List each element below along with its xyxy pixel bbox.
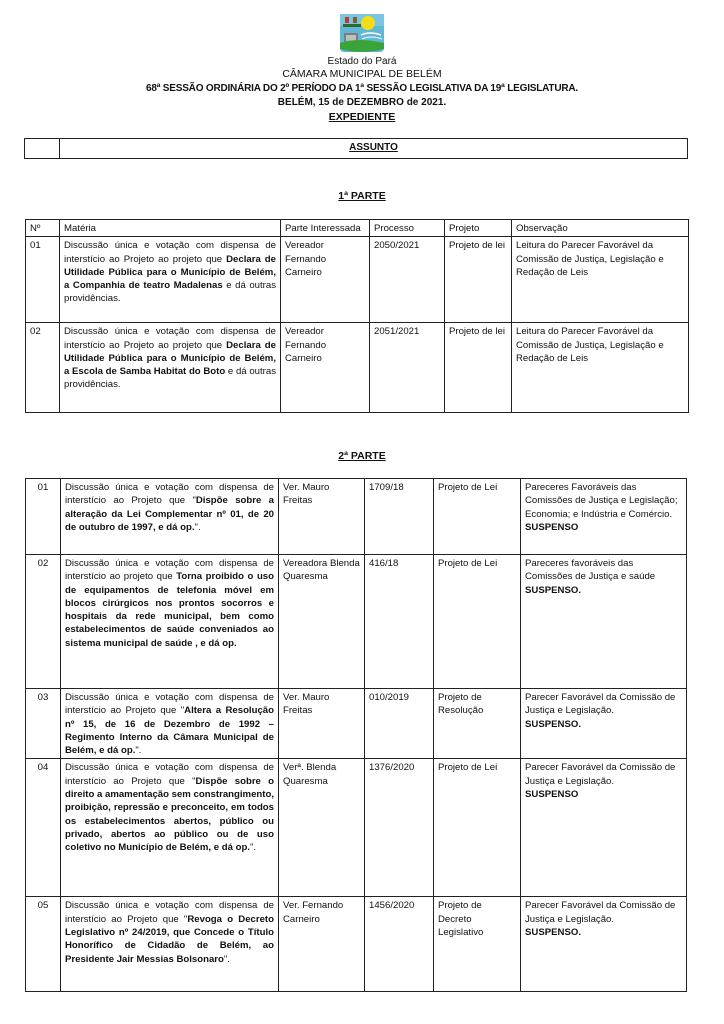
materia-cell: Discussão única e votação com dispensa d… [61, 555, 279, 689]
observacao-cell: Parecer Favorável da Comissão de Justiça… [521, 759, 687, 897]
parte-interessada-cell: Vereadora Blenda Quaresma [279, 555, 365, 689]
materia-cell: Discussão única e votação com dispensa d… [60, 237, 281, 323]
materia-tail: ". [195, 522, 201, 533]
observacao-text: Parecer Favorável da Comissão de Justiça… [525, 692, 675, 716]
materia-subject: Dispõe sobre o direito a amamentação sem… [65, 776, 274, 853]
materia-tail: ". [250, 842, 256, 853]
table-row: 01Discussão única e votação com dispensa… [26, 237, 689, 323]
projeto-cell: Projeto de lei [445, 323, 512, 413]
status-badge: SUSPENSO. [525, 719, 581, 730]
parte-interessada-cell: Ver. Fernando Carneiro [279, 897, 365, 992]
status-badge: SUSPENSO. [525, 927, 581, 938]
state-name: Estado do Pará [0, 55, 724, 68]
processo-cell: 416/18 [365, 555, 434, 689]
col-header-observacao: Observação [512, 220, 689, 237]
chamber-name: CÂMARA MUNICIPAL DE BELÉM [0, 68, 724, 81]
row-number: 03 [26, 689, 61, 759]
parte-interessada-cell: Ver. Mauro Freitas [279, 689, 365, 759]
observacao-text: Pareceres Favoráveis das Comissões de Ju… [525, 482, 678, 520]
observacao-cell: Leitura do Parecer Favorável da Comissão… [512, 323, 689, 413]
assunto-label: ASSUNTO [60, 139, 687, 158]
materia-tail: ". [135, 745, 141, 756]
row-number: 01 [26, 237, 60, 323]
session-title: 68ª SESSÃO ORDINÁRIA DO 2º PERÍODO DA 1ª… [0, 82, 724, 95]
observacao-text: Leitura do Parecer Favorável da Comissão… [516, 240, 664, 278]
part2-title: 2ª PARTE [0, 450, 724, 462]
col-header-materia: Matéria [60, 220, 281, 237]
parte-interessada-cell: Ver. Mauro Freitas [279, 479, 365, 555]
part1-title: 1ª PARTE [0, 190, 724, 202]
observacao-text: Pareceres favoráveis das Comissões de Ju… [525, 558, 655, 582]
row-number: 01 [26, 479, 61, 555]
observacao-cell: Pareceres Favoráveis das Comissões de Ju… [521, 479, 687, 555]
status-badge: SUSPENSO [525, 789, 578, 800]
projeto-cell: Projeto de Lei [434, 759, 521, 897]
row-number: 04 [26, 759, 61, 897]
projeto-cell: Projeto de Lei [434, 479, 521, 555]
projeto-cell: Projeto de Decreto Legislativo [434, 897, 521, 992]
parte-interessada-cell: Vereador Fernando Carneiro [281, 323, 370, 413]
projeto-cell: Projeto de Resolução [434, 689, 521, 759]
status-badge: SUSPENSO [525, 522, 578, 533]
status-badge: SUSPENSO. [525, 585, 581, 596]
processo-cell: 1456/2020 [365, 897, 434, 992]
materia-cell: Discussão única e votação com dispensa d… [60, 323, 281, 413]
table-row: 05Discussão única e votação com dispensa… [26, 897, 687, 992]
materia-subject: Torna proibido o uso de equipamentos de … [65, 571, 274, 648]
assunto-box: ASSUNTO [24, 138, 688, 159]
processo-cell: 1709/18 [365, 479, 434, 555]
session-date: BELÉM, 15 de DEZEMBRO de 2021. [0, 96, 724, 109]
part1-header-row: Nº Matéria Parte Interessada Processo Pr… [26, 220, 689, 237]
processo-cell: 2051/2021 [370, 323, 445, 413]
assunto-number-cell [25, 139, 60, 158]
projeto-cell: Projeto de lei [445, 237, 512, 323]
materia-tail: ". [224, 954, 230, 965]
processo-cell: 1376/2020 [365, 759, 434, 897]
materia-cell: Discussão única e votação com dispensa d… [61, 689, 279, 759]
table-row: 02Discussão única e votação com dispensa… [26, 555, 687, 689]
col-header-parte: Parte Interessada [281, 220, 370, 237]
materia-cell: Discussão única e votação com dispensa d… [61, 759, 279, 897]
projeto-cell: Projeto de Lei [434, 555, 521, 689]
observacao-text: Parecer Favorável da Comissão de Justiça… [525, 900, 675, 924]
section-heading-expediente: EXPEDIENTE [0, 111, 724, 124]
col-header-projeto: Projeto [445, 220, 512, 237]
row-number: 02 [26, 555, 61, 689]
table-row: 02Discussão única e votação com dispensa… [26, 323, 689, 413]
row-number: 02 [26, 323, 60, 413]
processo-cell: 010/2019 [365, 689, 434, 759]
part1-table: Nº Matéria Parte Interessada Processo Pr… [25, 219, 689, 413]
observacao-cell: Leitura do Parecer Favorável da Comissão… [512, 237, 689, 323]
parte-interessada-cell: Verª. Blenda Quaresma [279, 759, 365, 897]
observacao-text: Parecer Favorável da Comissão de Justiça… [525, 762, 675, 786]
parte-interessada-cell: Vereador Fernando Carneiro [281, 237, 370, 323]
materia-cell: Discussão única e votação com dispensa d… [61, 479, 279, 555]
observacao-text: Leitura do Parecer Favorável da Comissão… [516, 326, 664, 364]
row-number: 05 [26, 897, 61, 992]
table-row: 04Discussão única e votação com dispensa… [26, 759, 687, 897]
col-header-num: Nº [26, 220, 60, 237]
table-row: 03Discussão única e votação com dispensa… [26, 689, 687, 759]
materia-cell: Discussão única e votação com dispensa d… [61, 897, 279, 992]
observacao-cell: Parecer Favorável da Comissão de Justiça… [521, 897, 687, 992]
municipal-crest-icon [337, 13, 387, 55]
part2-table: 01Discussão única e votação com dispensa… [25, 478, 687, 992]
observacao-cell: Pareceres favoráveis das Comissões de Ju… [521, 555, 687, 689]
processo-cell: 2050/2021 [370, 237, 445, 323]
col-header-processo: Processo [370, 220, 445, 237]
table-row: 01Discussão única e votação com dispensa… [26, 479, 687, 555]
observacao-cell: Parecer Favorável da Comissão de Justiça… [521, 689, 687, 759]
